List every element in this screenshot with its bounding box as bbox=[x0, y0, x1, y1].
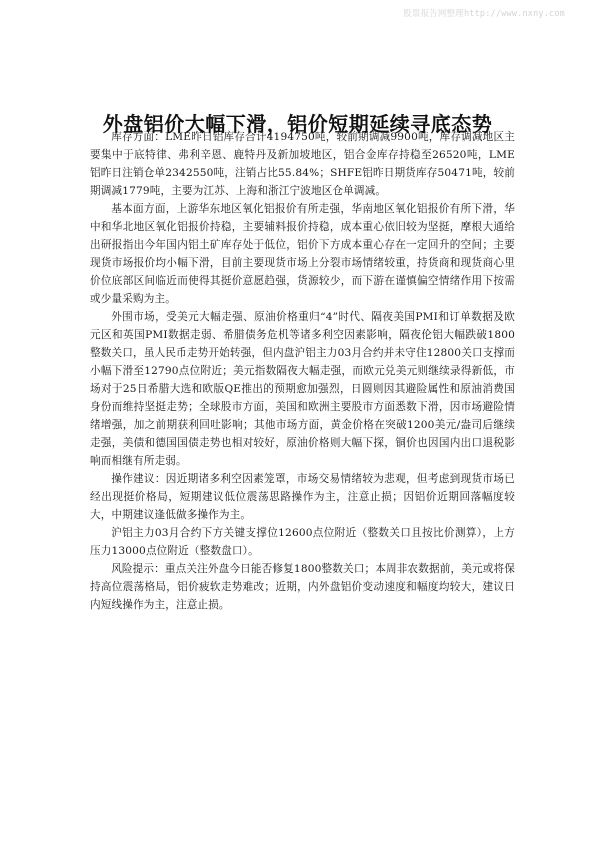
paragraph-risk-warning: 风险提示：重点关注外盘今日能否修复1800整数关口；本周非农数据前，美元或将保持… bbox=[90, 560, 515, 614]
paragraph-fundamentals: 基本面方面，上游华东地区氧化铝报价有所走强，华南地区氧化铝报价有所下滑，华中和华… bbox=[90, 200, 515, 308]
article-body: 库存方面：LME昨日铝库存合计4194750吨，较前期调减9900吨，库存调减地… bbox=[90, 128, 515, 614]
watermark: 股票报告网整理http://www.nxny.com bbox=[403, 7, 565, 19]
paragraph-external-market: 外围市场，受美元大幅走强、原油价格重归“4”时代、隔夜美国PMI和订单数据及欧元… bbox=[90, 308, 515, 470]
paragraph-operation-advice: 操作建议：因近期诸多利空因素笼罩，市场交易情绪较为悲观，但考虑到现货市场已经出现… bbox=[90, 470, 515, 524]
paragraph-inventory: 库存方面：LME昨日铝库存合计4194750吨，较前期调减9900吨，库存调减地… bbox=[90, 128, 515, 200]
paragraph-support-resistance: 沪铝主力03月合约下方关键支撑位12600点位附近（整数关口且按比价测算），上方… bbox=[90, 524, 515, 560]
